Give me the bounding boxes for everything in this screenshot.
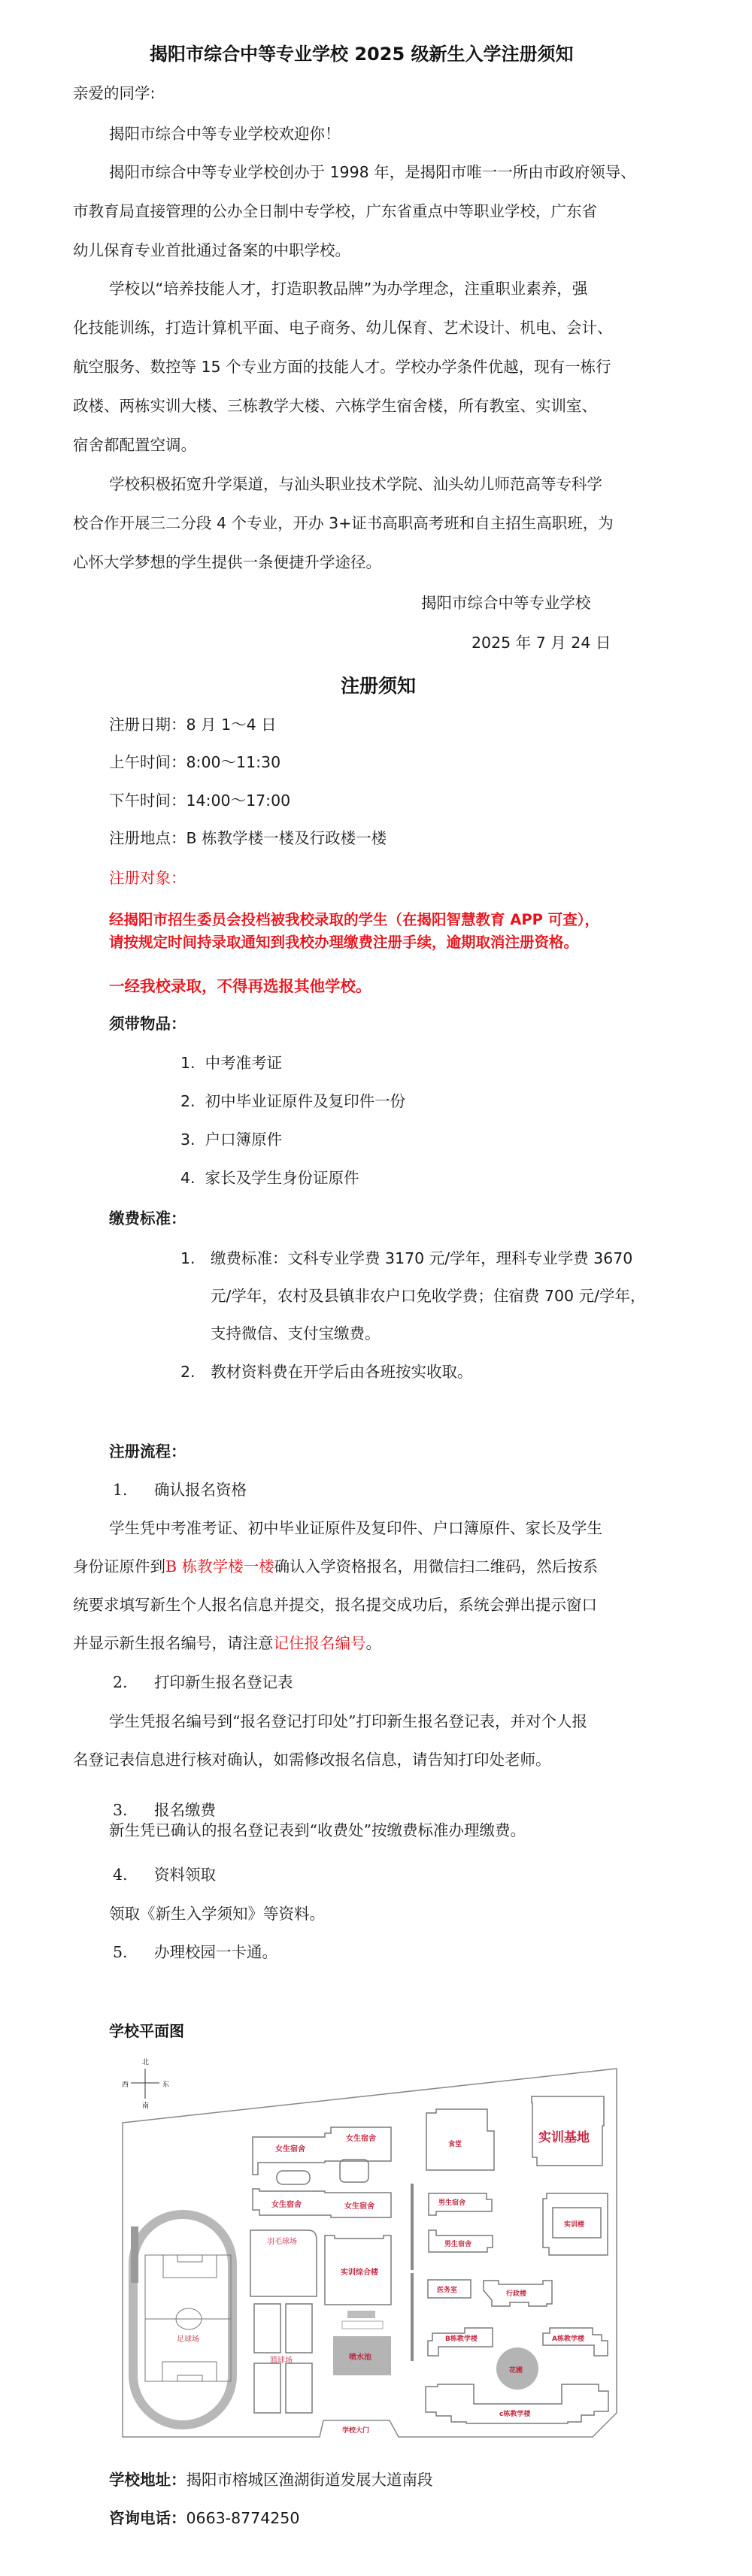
value: 揭阳市榕城区渔湖街道发展大道南段 — [186, 2471, 433, 2489]
required-items-label: 须带物品： — [109, 1016, 186, 1032]
fee-item-line: 支持微信、支付宝缴费。 — [211, 1326, 381, 1342]
afternoon-hours: 下午时间：14:00～17:00 — [109, 793, 290, 809]
list-item: 1. 中考准考证 — [180, 1055, 282, 1071]
registration-date: 注册日期：8 月 1～4 日 — [109, 717, 277, 733]
map-label-clinic: 医务室 — [437, 2284, 457, 2294]
step-title: 报名缴费 — [154, 1803, 216, 1818]
registration-target-note: 一经我校录取，不得再选报其他学校。 — [109, 979, 371, 994]
fee-standard-label: 缴费标准： — [109, 1211, 186, 1227]
compass-south: 南 — [142, 2100, 149, 2110]
compass: 北 南 东 西 — [120, 2061, 173, 2106]
step-title: 办理校园一卡通。 — [154, 1945, 277, 1960]
map-label-girls-dorm: 女生宿舍 — [344, 2199, 374, 2211]
map-label-canteen: 食堂 — [448, 2139, 462, 2148]
step-title: 资料领取 — [154, 1867, 216, 1883]
step-title: 打印新生报名登记表 — [154, 1675, 293, 1691]
map-label-admin: 行政楼 — [506, 2288, 526, 2298]
step-line: 并显示新生报名编号，请注意记住报名编号。 — [73, 1636, 381, 1651]
value: 14:00～17:00 — [186, 792, 291, 810]
fee-item-number: 2. — [180, 1364, 196, 1380]
map-label-girls-dorm: 女生宿舍 — [346, 2132, 376, 2143]
label: 下午时间： — [109, 792, 186, 810]
paragraph-line: 宿舍都配置空调。 — [73, 437, 196, 453]
label: 上午时间： — [109, 753, 186, 771]
map-label-boys-dorm: 男生宿舍 — [438, 2197, 465, 2207]
compass-east: 东 — [162, 2079, 169, 2089]
welcome-text: 揭阳市综合中等专业学校欢迎你！ — [109, 126, 341, 142]
step-number: 2. — [113, 1675, 128, 1691]
paragraph-line: 学校以“培养技能人才，打造职教品牌”为办学理念，注重职业素养，强 — [109, 281, 587, 297]
label: 学校地址： — [109, 2471, 186, 2489]
paragraph-line: 市教育局直接管理的公办全日制中专学校，广东省重点中等职业学校，广东省 — [73, 204, 597, 219]
map-label-gate: 学校大门 — [342, 2425, 369, 2435]
step-line: 学生凭报名编号到“报名登记打印处”打印新生报名登记表，并对个人报 — [109, 1714, 587, 1730]
map-label-fountain: 喷水池 — [349, 2350, 371, 2362]
map-label-boys-dorm: 男生宿舍 — [444, 2238, 472, 2248]
fee-item-line: 元/学年，农村及县镇非农户口免收学费；住宿费 700 元/学年， — [211, 1288, 645, 1304]
step-number: 3. — [113, 1803, 128, 1818]
fee-item-number: 1. — [180, 1251, 196, 1267]
highlight-location: B 栋教学楼一楼 — [165, 1557, 274, 1576]
map-label-badminton: 羽毛球场 — [267, 2235, 297, 2246]
list-item: 2. 初中毕业证原件及复印件一份 — [180, 1094, 405, 1109]
paragraph-line: 揭阳市综合中等专业学校创办于 1998 年，是揭阳市唯一一所由市政府领导、 — [109, 165, 636, 180]
registration-target-line: 经揭阳市招生委员会投档被我校录取的学生（在揭阳智慧教育 APP 可查）， — [109, 913, 599, 928]
map-label-girls-dorm: 女生宿舍 — [275, 2142, 305, 2154]
signature-date: 2025 年 7 月 24 日 — [472, 635, 611, 651]
document-title: 揭阳市综合中等专业学校 2025 级新生入学注册须知 — [150, 39, 574, 65]
map-label-training-building: 实训楼 — [564, 2219, 584, 2229]
registration-place: 注册地点：B 栋教学楼一楼及行政楼一楼 — [109, 831, 387, 846]
list-item: 4. 家长及学生身份证原件 — [180, 1170, 359, 1186]
fee-item-line: 教材资料费在开学后由各班按实收取。 — [211, 1364, 473, 1380]
paragraph-line: 校合作开展三二分段 4 个专业，开办 3+证书高职高考班和自主招生高职班，为 — [73, 516, 614, 531]
map-label-building-a: A栋教学楼 — [552, 2333, 584, 2343]
step-line: 统要求填写新生个人报名信息并提交，报名提交成功后，系统会弹出提示窗口 — [73, 1597, 597, 1613]
map-label-building-b: B栋教学楼 — [445, 2333, 478, 2343]
paragraph-line: 化技能训练，打造计算机平面、电子商务、幼儿保育、艺术设计、机电、会计、 — [73, 320, 613, 336]
highlight-remember-number: 记住报名编号 — [274, 1634, 366, 1652]
step-line: 领取《新生入学须知》等资料。 — [109, 1906, 325, 1922]
step-line: 学生凭中考准考证、初中毕业证原件及复印件、户口簿原件、家长及学生 — [109, 1521, 602, 1536]
step-title: 确认报名资格 — [154, 1482, 247, 1498]
label: 注册日期： — [109, 716, 186, 734]
process-label: 注册流程： — [109, 1444, 186, 1460]
signature: 揭阳市综合中等专业学校 — [421, 595, 591, 611]
morning-hours: 上午时间：8:00～11:30 — [109, 755, 280, 770]
label: 注册地点： — [109, 829, 186, 847]
paragraph-line: 航空服务、数控等 15 个专业方面的技能人才。学校办学条件优越，现有一栋行 — [73, 359, 611, 375]
paragraph-line: 心怀大学梦想的学生提供一条便捷升学途径。 — [73, 555, 381, 571]
step-number: 4. — [113, 1867, 128, 1883]
map-label-building-c: c栋教学楼 — [499, 2408, 530, 2418]
school-address: 学校地址：揭阳市榕城区渔湖街道发展大道南段 — [109, 2472, 433, 2488]
compass-north: 北 — [142, 2057, 149, 2066]
value: B 栋教学楼一楼及行政楼一楼 — [186, 829, 387, 847]
step-number: 1. — [113, 1482, 128, 1498]
label: 咨询电话： — [109, 2509, 186, 2527]
paragraph-line: 学校积极拓宽升学渠道，与汕头职业技术学院、汕头幼儿师范高等专科学 — [109, 477, 602, 492]
compass-west: 西 — [122, 2079, 129, 2089]
registration-target-label: 注册对象： — [109, 870, 186, 886]
registration-target-line: 请按规定时间持录取通知到我校办理缴费注册手续，逾期取消注册资格。 — [109, 935, 578, 950]
contact-phone: 咨询电话：0663-8774250 — [109, 2511, 299, 2526]
map-label-training-complex: 实训综合楼 — [341, 2266, 378, 2277]
step-line: 新生凭已确认的报名登记表到“收费处”按缴费标准办理缴费。 — [109, 1823, 526, 1839]
fee-item-line: 缴费标准：文科专业学费 3170 元/学年，理科专业学费 3670 — [211, 1251, 632, 1267]
map-label-basketball: 篮球场 — [270, 2354, 293, 2365]
step-line: 身份证原件到B 栋教学楼一楼确认入学资格报名，用微信扫二维码，然后按系 — [73, 1559, 598, 1575]
map-label: 学校平面图 — [109, 2019, 184, 2041]
step-number: 5. — [113, 1945, 128, 1960]
list-item: 3. 户口簿原件 — [180, 1132, 282, 1148]
paragraph-line: 幼儿保育专业首批通过备案的中职学校。 — [73, 243, 350, 259]
section-heading-registration: 注册须知 — [341, 671, 416, 698]
map-label-girls-dorm: 女生宿舍 — [271, 2198, 302, 2209]
value: 8:00～11:30 — [186, 753, 281, 771]
paragraph-line: 政楼、两栋实训大楼、三栋教学大楼、六栋学生宿舍楼，所有教室、实训室、 — [73, 398, 597, 414]
map-label-football: 足球场 — [177, 2332, 199, 2344]
map-label-garden: 花圃 — [509, 2365, 523, 2375]
map-label-training-base: 实训基地 — [538, 2126, 590, 2145]
step-line: 名登记表信息进行核对确认，如需修改报名信息，请告知打印处老师。 — [73, 1752, 551, 1768]
value: 0663-8774250 — [186, 2509, 300, 2527]
value: 8 月 1～4 日 — [186, 716, 277, 734]
greeting: 亲爱的同学: — [73, 86, 155, 101]
